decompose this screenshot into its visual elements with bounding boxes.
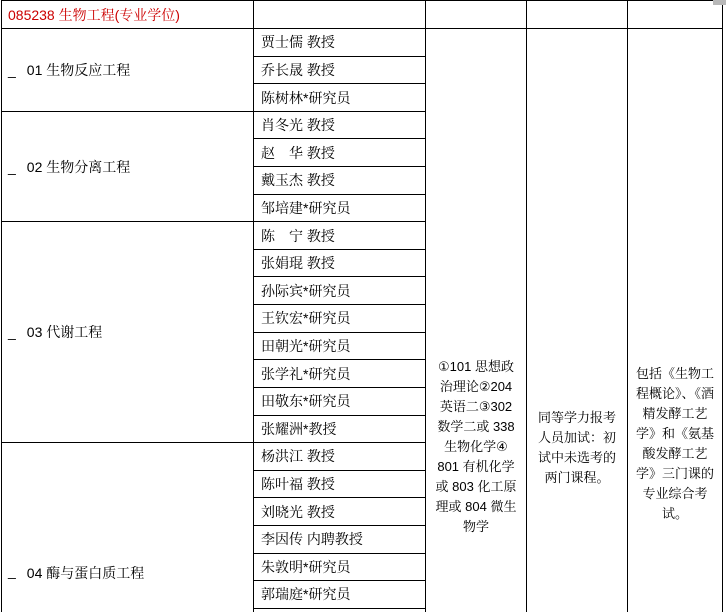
program-title: 085238 生物工程(专业学位) — [8, 5, 180, 25]
direction-label: 04 酶与蛋白质工程 — [27, 563, 144, 583]
corner-artifact — [713, 0, 726, 5]
advisor-row: 王钦宏*研究员 — [254, 305, 425, 333]
direction-marker: _ — [8, 159, 16, 175]
direction-cell-01: _ 01 生物反应工程 — [2, 29, 254, 112]
advisor-row: 贾士儒 教授 — [254, 29, 425, 57]
advisor-row: 陈树林*研究员 — [254, 84, 425, 112]
direction-label: 02 生物分离工程 — [27, 157, 130, 177]
exam-subjects-text: ①101 思想政 治理论②204 英语二③302 数学二或 338 生物化学④ … — [426, 357, 526, 537]
advisor-row: 田朝光*研究员 — [254, 333, 425, 361]
advisor-row: 郭瑞庭*研究员 — [254, 581, 425, 609]
direction-label: 01 生物反应工程 — [27, 60, 130, 80]
advisor-row: 乔长晟 教授 — [254, 57, 425, 85]
advisor-row: 陈叶福 教授 — [254, 471, 425, 499]
catalog-table-screenshot: 085238 生物工程(专业学位) _ 01 生物反应工程 _ 02 生物分离工… — [0, 0, 726, 612]
advisor-row: 朱敦明*研究员 — [254, 554, 425, 582]
direction-cell-03: _ 03 代谢工程 — [2, 222, 254, 443]
retest-note-text: 包括《生物工 程概论》、《酒 精发酵工艺 学》和《氨基 酸发酵工艺 学》三门课的… — [628, 364, 722, 524]
advisor-row: 杨洪江 教授 — [254, 443, 425, 471]
direction-marker: _ — [8, 324, 16, 340]
advisor-row: 邹培建*研究员 — [254, 195, 425, 223]
retest-note-cell: 包括《生物工 程概论》、《酒 精发酵工艺 学》和《氨基 酸发酵工艺 学》三门课的… — [628, 29, 722, 612]
admissions-table: 085238 生物工程(专业学位) _ 01 生物反应工程 _ 02 生物分离工… — [1, 0, 723, 612]
advisor-column: 贾士儒 教授 乔长晟 教授 陈树林*研究员 肖冬光 教授 赵 华 教授 戴玉杰 … — [254, 29, 426, 612]
direction-marker: _ — [8, 62, 16, 78]
advisor-row: 戴玉杰 教授 — [254, 167, 425, 195]
advisor-row: 肖冬光 教授 — [254, 112, 425, 140]
advisor-row: 田敬东*研究员 — [254, 388, 425, 416]
equivalency-note-text: 同等学力报考 人员加试：初 试中未选考的 两门课程。 — [527, 408, 627, 488]
program-title-cell: 085238 生物工程(专业学位) — [2, 1, 254, 29]
header-empty-cell-advisors — [254, 1, 426, 29]
direction-cell-04: _ 04 酶与蛋白质工程 — [2, 443, 254, 612]
header-empty-cell-equivalency — [527, 1, 628, 29]
exam-subjects-cell: ①101 思想政 治理论②204 英语二③302 数学二或 338 生物化学④ … — [426, 29, 527, 612]
direction-label: 03 代谢工程 — [27, 322, 102, 342]
direction-marker: _ — [8, 563, 16, 579]
direction-cell-02: _ 02 生物分离工程 — [2, 112, 254, 222]
advisor-row: 张娟琨 教授 — [254, 250, 425, 278]
advisor-row: 李因传 内聘教授 — [254, 526, 425, 554]
advisor-row: 张学礼*研究员 — [254, 360, 425, 388]
advisor-row: 陈 宁 教授 — [254, 222, 425, 250]
advisor-row: 赵 华 教授 — [254, 139, 425, 167]
advisor-row: 张耀洲*教授 — [254, 416, 425, 444]
equivalency-note-cell: 同等学力报考 人员加试：初 试中未选考的 两门课程。 — [527, 29, 628, 612]
advisor-row: 孙际宾*研究员 — [254, 277, 425, 305]
header-empty-cell-exam — [426, 1, 527, 29]
advisor-row: 刘晓光 教授 — [254, 498, 425, 526]
header-empty-cell-retest — [628, 1, 722, 29]
